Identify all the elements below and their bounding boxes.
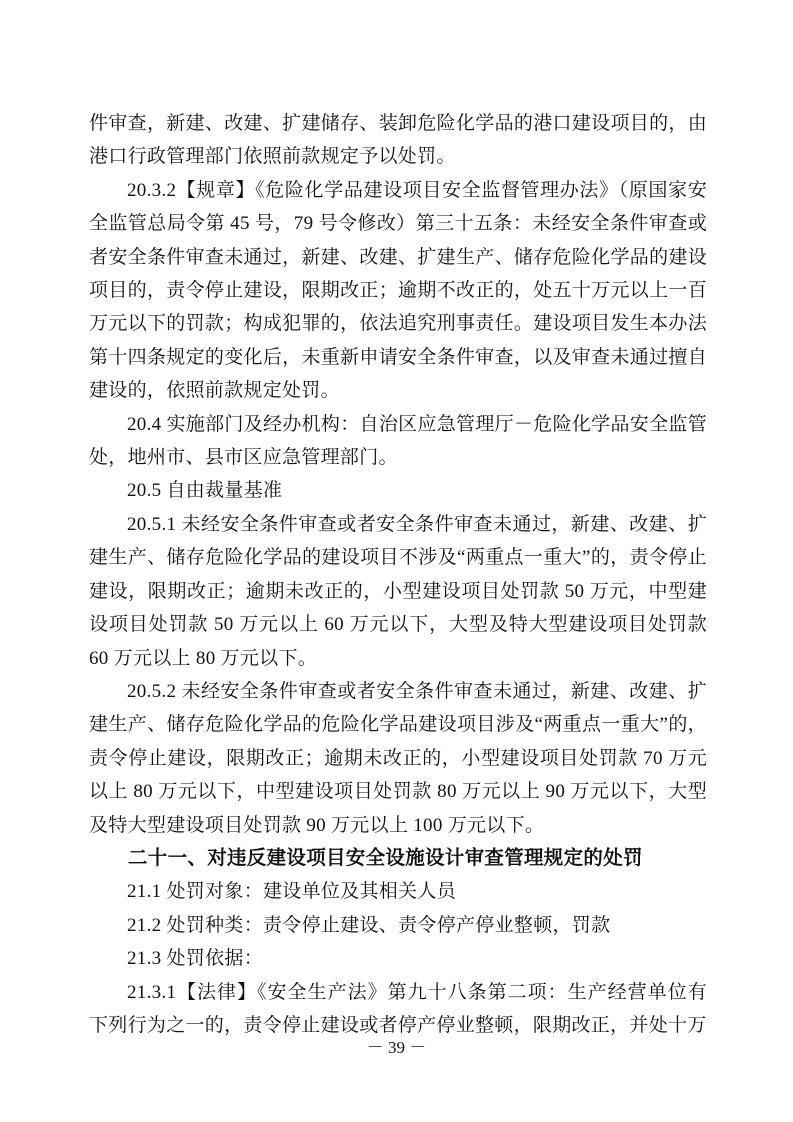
paragraph-20-3-2: 20.3.2【规章】《危险化学品建设项目安全监督管理办法》（原国家安全监管总局令…	[89, 174, 707, 408]
paragraph-20-5-1: 20.5.1 未经安全条件审查或者安全条件审查未通过，新建、改建、扩建生产、储存…	[89, 508, 707, 675]
page-number: － 39 －	[0, 1036, 793, 1060]
document-page: 件审查，新建、改建、扩建储存、装卸危险化学品的港口建设项目的，由港口行政管理部门…	[0, 0, 793, 1122]
paragraph-21-3: 21.3 处罚依据：	[89, 942, 707, 975]
paragraph-21-3-1: 21.3.1【法律】《安全生产法》第九十八条第二项：生产经营单位有下列行为之一的…	[89, 976, 707, 1043]
paragraph-20-5: 20.5 自由裁量基准	[89, 474, 707, 507]
paragraph-continuation: 件审查，新建、改建、扩建储存、装卸危险化学品的港口建设项目的，由港口行政管理部门…	[89, 107, 707, 174]
document-body: 件审查，新建、改建、扩建储存、装卸危险化学品的港口建设项目的，由港口行政管理部门…	[89, 107, 707, 1042]
paragraph-20-5-2: 20.5.2 未经安全条件审查或者安全条件审查未通过，新建、改建、扩建生产、储存…	[89, 675, 707, 842]
paragraph-21-1: 21.1 处罚对象：建设单位及其相关人员	[89, 875, 707, 908]
section-heading-21: 二十一、对违反建设项目安全设施设计审查管理规定的处罚	[89, 842, 707, 875]
paragraph-20-4: 20.4 实施部门及经办机构：自治区应急管理厅－危险化学品安全监管处，地州市、县…	[89, 408, 707, 475]
paragraph-21-2: 21.2 处罚种类：责令停止建设、责令停产停业整顿，罚款	[89, 909, 707, 942]
